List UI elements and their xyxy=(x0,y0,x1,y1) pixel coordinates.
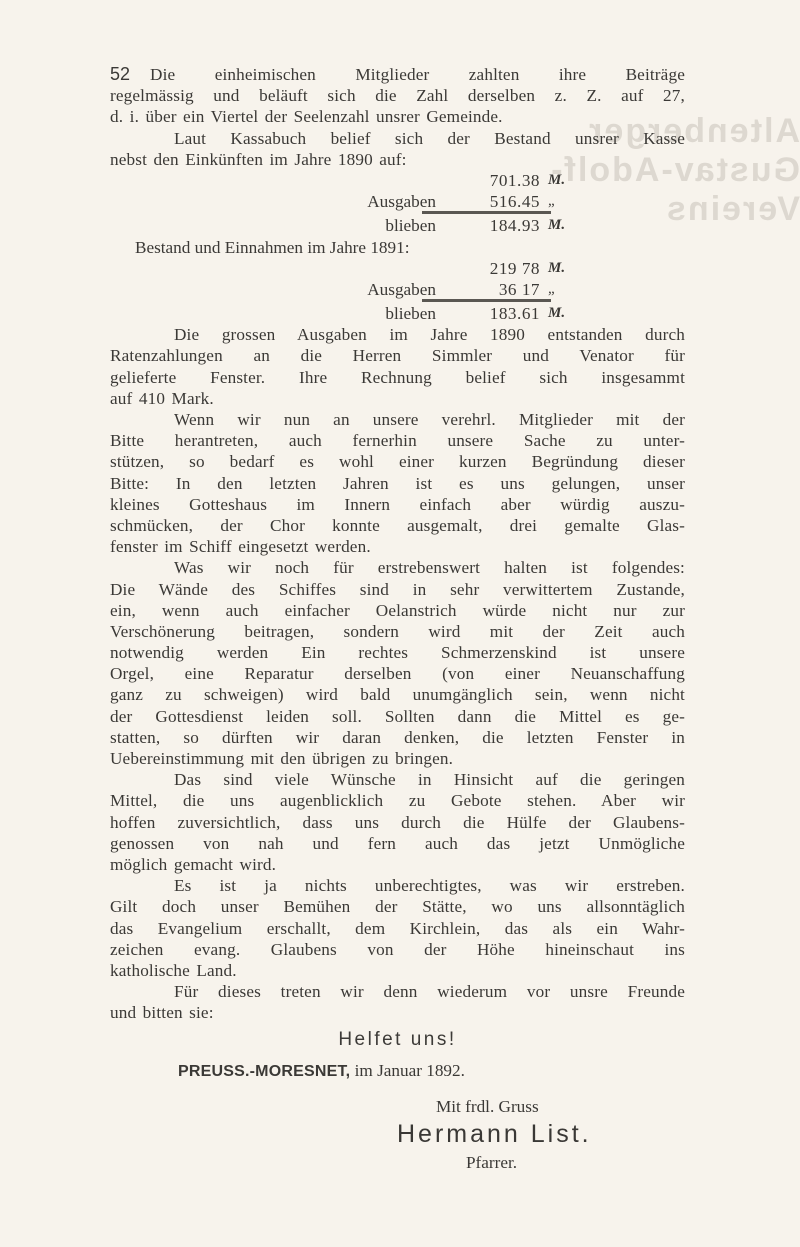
text-line: gelieferte Fenster. Ihre Rechnung belief… xyxy=(110,367,685,388)
text-line: Was wir noch für erstrebenswert halten i… xyxy=(110,557,685,578)
paragraph: Für dieses treten wir denn wiederum vor … xyxy=(110,981,685,1023)
text-line: notwendig werden Ein rechtes Schmerzensk… xyxy=(110,642,685,663)
remaining-amount: 183.61 xyxy=(440,303,540,324)
text-line: auf 410 Mark. xyxy=(110,388,685,409)
text-line: statten, so dürften wir daran denken, di… xyxy=(110,727,685,748)
text-line: der Gottesdienst leiden soll. Sollten da… xyxy=(110,706,685,727)
place-date-line: PREUSS.-MORESNET, im Januar 1892. xyxy=(110,1061,685,1081)
text-line: stützen, so bedarf es wohl einer kurzen … xyxy=(110,451,685,472)
page-number: 52 xyxy=(110,64,130,84)
account-1891: 219 78 M. Ausgaben 36 17 „ blieben 183.6… xyxy=(110,258,685,325)
expenses-label: Ausgaben xyxy=(367,279,436,300)
text-line: Ratenzahlungen an die Herren Simmler und… xyxy=(110,345,685,366)
currency-mark: M. xyxy=(548,303,565,324)
text-line: fenster im Schiff eingesetzt werden. xyxy=(110,536,685,557)
currency-mark: M. xyxy=(548,258,565,279)
text-line: schmücken, der Chor konnte ausgemalt, dr… xyxy=(110,515,685,536)
text-line: Orgel, eine Reparatur derselben (von ein… xyxy=(110,663,685,684)
signature: Hermann List. xyxy=(110,1120,685,1149)
paragraph: Was wir noch für erstrebenswert halten i… xyxy=(110,557,685,769)
remaining-label: blieben xyxy=(385,215,436,236)
text-line: Laut Kassabuch belief sich der Bestand u… xyxy=(110,128,685,149)
text-line: Uebereinstimmung mit den übrigen zu brin… xyxy=(110,748,685,769)
text-line: ganz zu schweigen) wird bald unumgänglic… xyxy=(110,684,685,705)
expenses-label: Ausgaben xyxy=(367,191,436,212)
text-line: Bitte: In den letzten Jahren ist es uns … xyxy=(110,473,685,494)
currency-mark: M. xyxy=(548,215,565,236)
text-line: kleines Gotteshaus im Innern einfach abe… xyxy=(110,494,685,515)
text-line: Bitte herantreten, auch fernerhin unsere… xyxy=(110,430,685,451)
document-page: 52Die einheimischen Mitglieder zahlten i… xyxy=(110,64,685,1173)
date: im Januar 1892. xyxy=(355,1061,465,1080)
account-1890: 701.38 M. Ausgaben 516.45 „ blieben 184.… xyxy=(110,170,685,237)
signer-title: Pfarrer. xyxy=(110,1153,685,1173)
remaining-amount: 184.93 xyxy=(440,215,540,236)
text-line: Für dieses treten wir denn wiederum vor … xyxy=(110,981,685,1002)
text-line: regelmässig und beläuft sich die Zahl de… xyxy=(110,85,685,106)
text-line: Gilt doch unser Bemühen der Stätte, wo u… xyxy=(110,896,685,917)
text-line: Die grossen Ausgaben im Jahre 1890 entst… xyxy=(110,324,685,345)
paragraph: 52Die einheimischen Mitglieder zahlten i… xyxy=(110,64,685,128)
text-line: nebst den Einkünften im Jahre 1890 auf: xyxy=(110,149,685,170)
currency-mark: M. xyxy=(548,170,565,191)
place-name: PREUSS.-MORESNET, xyxy=(178,1063,350,1080)
text-line: möglich gemacht wird. xyxy=(110,854,685,875)
remaining-label: blieben xyxy=(385,303,436,324)
text-line: Verschönerung beitragen, sondern wird mi… xyxy=(110,621,685,642)
text-line: Die einheimischen Mitglieder zahlten ihr… xyxy=(150,65,685,84)
paragraph: Wenn wir nun an unsere verehrl. Mitglied… xyxy=(110,409,685,557)
text-line: genossen von nah und fern auch das jetzt… xyxy=(110,833,685,854)
sum-rule xyxy=(422,299,551,302)
text-line: das Evangelium erschallt, dem Kirchlein,… xyxy=(110,918,685,939)
text-line: und bitten sie: xyxy=(110,1002,685,1023)
total-amount: 701.38 xyxy=(440,170,540,191)
total-amount: 219 78 xyxy=(440,258,540,279)
text-line: hoffen zuversichtlich, dass uns durch di… xyxy=(110,812,685,833)
text-line: Mittel, die uns augenblicklich zu Gebote… xyxy=(110,790,685,811)
ditto-mark: „ xyxy=(548,191,555,212)
paragraph: Laut Kassabuch belief sich der Bestand u… xyxy=(110,128,685,170)
paragraph: Die grossen Ausgaben im Jahre 1890 entst… xyxy=(110,324,685,409)
text-line: Wenn wir nun an unsere verehrl. Mitglied… xyxy=(110,409,685,430)
text-line: ein, wenn auch einfacher Oelanstrich wür… xyxy=(110,600,685,621)
text-line: Es ist ja nichts unberechtigtes, was wir… xyxy=(110,875,685,896)
appeal-heading: Helfet uns! xyxy=(110,1029,685,1051)
text-line: katholische Land. xyxy=(110,960,685,981)
account-1891-title: Bestand und Einnahmen im Jahre 1891: xyxy=(110,237,685,258)
ditto-mark: „ xyxy=(548,279,555,300)
text-line: zeichen evang. Glaubens von der Höhe hin… xyxy=(110,939,685,960)
greeting: Mit frdl. Gruss xyxy=(110,1097,685,1117)
paragraph: Es ist ja nichts unberechtigtes, was wir… xyxy=(110,875,685,981)
expenses-amount: 36 17 xyxy=(440,279,540,300)
text-line: d. i. über ein Viertel der Seelenzahl un… xyxy=(110,106,685,127)
sum-rule xyxy=(422,211,551,214)
text-line: Das sind viele Wünsche in Hinsicht auf d… xyxy=(110,769,685,790)
expenses-amount: 516.45 xyxy=(440,191,540,212)
text-line: Die Wände des Schiffes sind in sehr verw… xyxy=(110,579,685,600)
paragraph: Das sind viele Wünsche in Hinsicht auf d… xyxy=(110,769,685,875)
